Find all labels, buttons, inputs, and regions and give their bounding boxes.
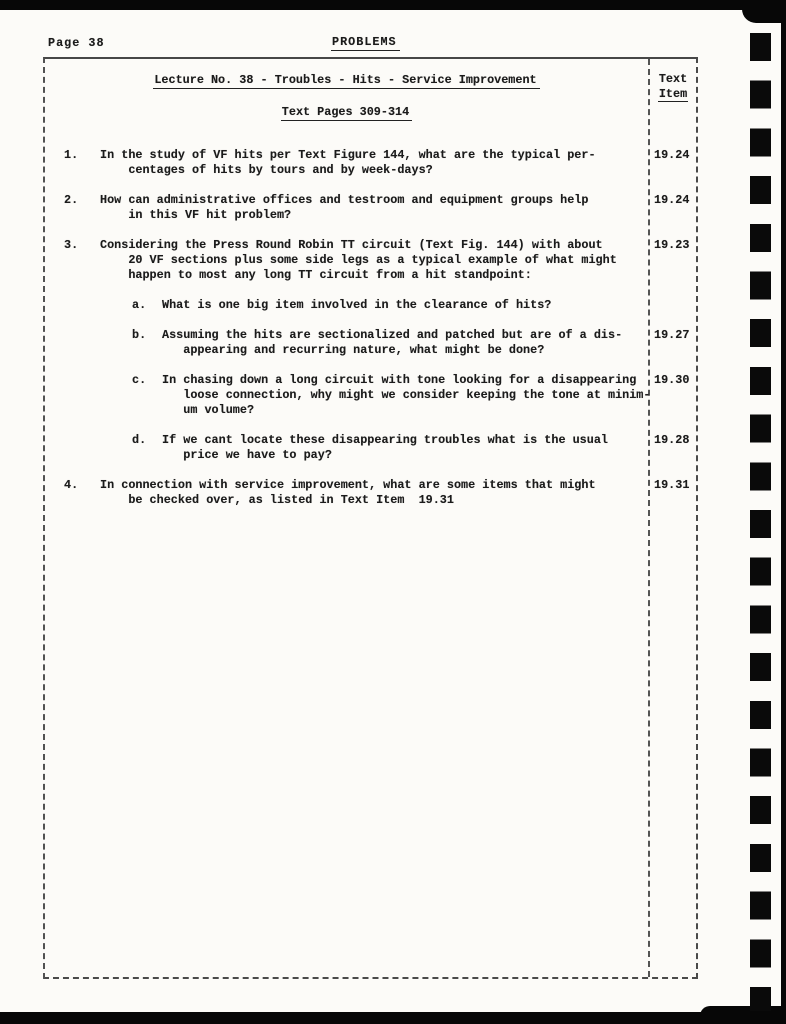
sub-question-row-3c: c. In chasing down a long circuit with t… [132,373,696,418]
binding-hole-marks [750,33,771,1011]
text-item-ref: 19.23 [654,238,689,253]
scanned-document-page: Page 38 PROBLEMS Text Item Lecture No. 3… [0,0,786,1024]
lecture-title: Lecture No. 38 - Troubles - Hits - Servi… [45,73,696,88]
text-item-ref: 19.24 [654,193,689,208]
sub-question-text: In chasing down a long circuit with tone… [162,373,650,418]
question-row-3: 3. Considering the Press Round Robin TT … [45,238,696,283]
problems-box: Text Item Lecture No. 38 - Troubles - Hi… [43,57,698,979]
question-number: 1. [64,148,100,178]
film-edge-strip [781,0,786,1024]
question-list: 1. In the study of VF hits per Text Figu… [45,148,696,508]
scan-corner-artifact-bottom [700,1006,786,1024]
question-row-2: 2. How can administrative offices and te… [45,193,696,223]
sub-question-letter: a. [132,298,162,313]
problems-content: Lecture No. 38 - Troubles - Hits - Servi… [45,59,696,977]
text-pages-text: Text Pages 309-314 [281,105,412,121]
sub-question-letter: d. [132,433,162,463]
question-text: In connection with service improvement, … [100,478,596,508]
question-number: 4. [64,478,100,508]
text-item-ref: 19.30 [654,373,689,388]
sub-question-letter: b. [132,328,162,358]
page-title: PROBLEMS [331,35,400,50]
text-pages-subtitle: Text Pages 309-314 [45,105,696,120]
sub-question-text: What is one big item involved in the cle… [162,298,551,313]
page-number: Page 38 [48,36,105,51]
text-item-ref: 19.24 [654,148,689,163]
sub-question-letter: c. [132,373,162,418]
question-row-1: 1. In the study of VF hits per Text Figu… [45,148,696,178]
scan-top-black-bar [0,0,786,10]
question-row-4: 4. In connection with service improvemen… [45,478,696,508]
text-item-ref: 19.31 [654,478,689,493]
sub-question-row-3a: a. What is one big item involved in the … [132,298,696,313]
text-item-ref: 19.27 [654,328,689,343]
page-title-text: PROBLEMS [331,35,400,51]
question-text: In the study of VF hits per Text Figure … [100,148,596,178]
sub-question-text: If we cant locate these disappearing tro… [162,433,608,463]
scan-bottom-black-bar [0,1012,786,1024]
question-text: How can administrative offices and testr… [100,193,588,223]
lecture-title-text: Lecture No. 38 - Troubles - Hits - Servi… [153,73,539,89]
question-number: 2. [64,193,100,223]
sub-question-row-3d: d. If we cant locate these disappearing … [132,433,696,463]
question-text: Considering the Press Round Robin TT cir… [100,238,617,283]
sub-question-text: Assuming the hits are sectionalized and … [162,328,622,358]
question-number: 3. [64,238,100,283]
scan-corner-artifact-top [742,0,786,23]
sub-question-row-3b: b. Assuming the hits are sectionalized a… [132,328,696,358]
text-item-ref: 19.28 [654,433,689,448]
